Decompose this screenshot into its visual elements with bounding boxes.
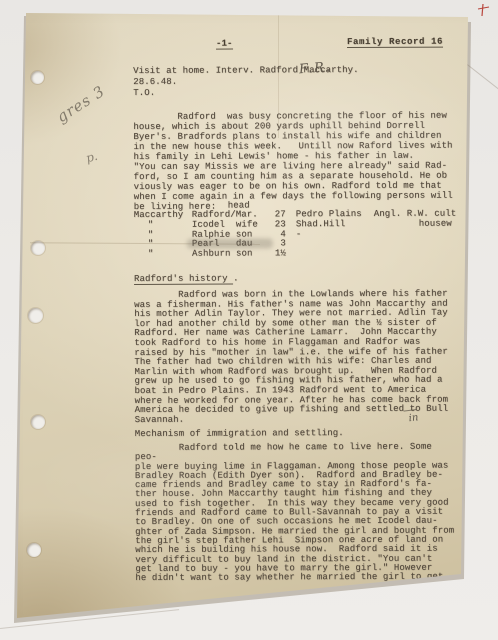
history-heading-period: .: [233, 274, 239, 284]
cell-surname: ": [134, 230, 192, 240]
cell-surname: ": [134, 240, 192, 250]
handwritten-correction: in: [408, 412, 419, 424]
cell-surname: ": [134, 250, 192, 260]
handwritten-initials: F.R.: [298, 60, 332, 78]
cell-place: Shad.Hill: [296, 220, 374, 230]
cell-place: [296, 239, 374, 249]
history-paragraph: Radford was born in the Lowlands where h…: [134, 290, 457, 426]
cell-name: Ashburn: [192, 250, 236, 260]
page-number: -1-: [216, 39, 233, 50]
mechanism-paragraph: Radford told me how he came to live here…: [135, 443, 458, 584]
photo-backdrop: -1- Family Record 16 Visit at home. Inte…: [0, 0, 498, 640]
visit-date: 28.6.48.: [133, 77, 177, 87]
cell-relation: son: [236, 250, 270, 260]
table-row: " Ashburn son 1½: [134, 249, 458, 260]
cell-place: -: [296, 230, 374, 240]
intro-paragraph: Radford was busy concreting the floor of…: [133, 111, 455, 212]
cell-affiliation: housew: [374, 219, 458, 229]
cell-affiliation: [374, 229, 458, 239]
red-pen-mark-icon: [477, 3, 491, 19]
document-page: -1- Family Record 16 Visit at home. Inte…: [0, 0, 498, 640]
record-label: Family Record 16: [347, 37, 443, 48]
erasure-smudge: [187, 238, 273, 248]
interviewer-initials: T.O.: [133, 88, 155, 98]
mechanism-heading: Mechanism of immigration and settling.: [135, 428, 344, 439]
cell-affiliation: [374, 249, 458, 259]
history-heading-text: Radford's history: [134, 274, 233, 285]
history-heading: Radford's history .: [134, 274, 239, 284]
cell-age: 1½: [270, 250, 286, 260]
cell-place: [296, 249, 374, 259]
cell-affiliation: [374, 239, 458, 249]
cell-surname: Maccarthy: [134, 211, 192, 221]
cell-surname: ": [134, 221, 192, 231]
household-table: Maccarthy Radford/ Mar. 27 Pedro Plains …: [134, 210, 458, 260]
